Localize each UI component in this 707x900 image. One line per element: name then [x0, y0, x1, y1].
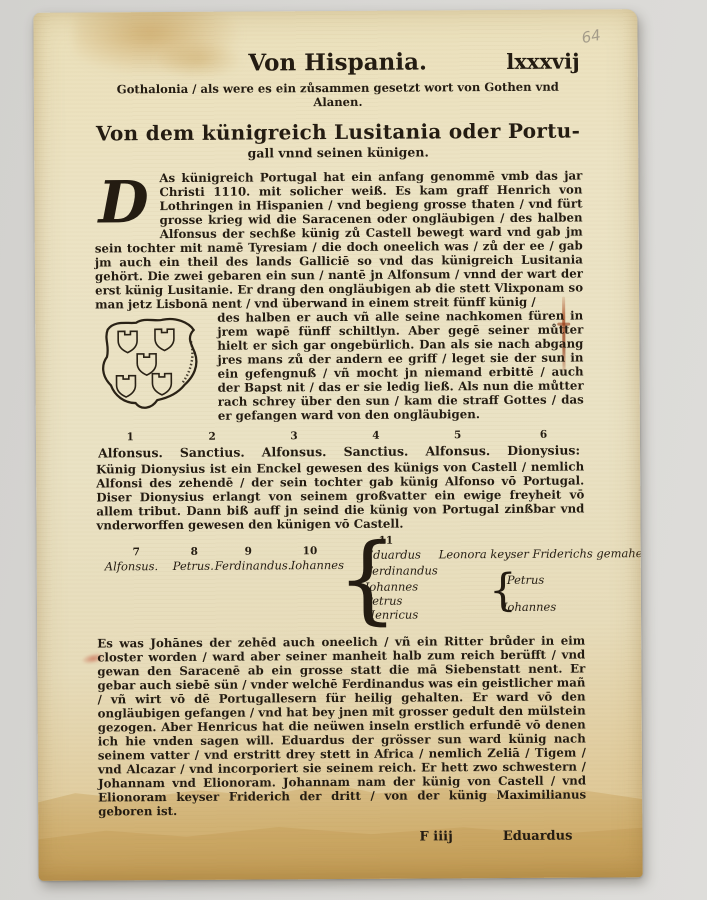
- chapter-subtitle: gall vnnd seinen künigen.: [94, 144, 582, 162]
- king-number: 1: [98, 432, 163, 442]
- paragraph-shield-text: des halben er auch vñ alle seine nachkom…: [217, 308, 584, 422]
- king-number: 2: [180, 432, 245, 442]
- king-number: 7: [133, 546, 140, 558]
- king-number: 3: [262, 431, 327, 441]
- chapter-title: Von dem künigreich Lusitania oder Portu-: [94, 119, 582, 146]
- king-name: Alfonsus.: [425, 443, 490, 458]
- king-name: Sanctius.: [343, 444, 408, 459]
- king-name: Sanctius.: [180, 445, 245, 460]
- drop-cap-initial: D: [94, 174, 152, 234]
- genealogy-tree-kings-7-11: 7 Alfonsus. 8 Petrus. 9 Ferdinandus. 10 …: [97, 537, 586, 628]
- king-number: 8: [191, 546, 198, 558]
- king-name: Petrus.: [173, 559, 214, 573]
- genealogy-entry: 2 Sanctius.: [180, 432, 245, 461]
- king-number: 9: [245, 546, 252, 558]
- paragraph-shield: des halben er auch vñ alle seine nachkom…: [95, 308, 584, 423]
- paragraph-johannes: Es was Johānes der zehēd auch oneelich /…: [97, 633, 586, 818]
- king-number: 4: [343, 431, 408, 441]
- portugal-arms-woodcut: [91, 315, 208, 418]
- genealogy-entry: 5 Alfonsus.: [425, 430, 490, 459]
- heir-number: 11: [379, 535, 394, 547]
- son-name: Henricus: [365, 608, 418, 622]
- king-name: Alfonsus.: [262, 444, 327, 459]
- son-name: Iohannes: [365, 580, 418, 594]
- marriage-note: Leonora keyser Friderichs gemahel: [439, 546, 643, 561]
- king-name: Dionysius:: [507, 443, 580, 458]
- genealogy-entry: 3 Alfonsus.: [262, 431, 327, 460]
- photo-backdrop: 64 Von Hispania. lxxxvij Gothalonia / al…: [0, 0, 707, 900]
- genealogy-entry: 6 Dionysius:: [507, 430, 580, 459]
- king-number: 10: [303, 545, 318, 557]
- signature-line: F iiij Eduardus: [98, 828, 586, 846]
- genealogy-row-kings-1-6: 1 Alfonsus. 2 Sanctius. 3 Alfonsus. 4 Sa…: [98, 430, 580, 462]
- genealogy-entry: 1 Alfonsus.: [98, 432, 163, 461]
- running-title: Von Hispania.: [248, 48, 427, 76]
- page-content: Von Hispania. lxxxvij Gothalonia / als w…: [94, 48, 587, 847]
- folio-number: lxxxvij: [506, 49, 579, 74]
- paragraph-intro: DAs künigreich Portugal hat ein anfang g…: [94, 169, 583, 312]
- paragraph-intro-text: As künigreich Portugal hat ein anfang ge…: [95, 169, 583, 312]
- king-name: Ferdinandus.: [215, 558, 292, 572]
- grandson-name: Petrus: [507, 573, 545, 587]
- catchword: Eduardus: [503, 829, 573, 844]
- genealogy-entry: 4 Sanctius.: [343, 431, 408, 460]
- signature-mark: F iiij: [419, 829, 452, 844]
- headnote: Gothalonia / als were es ein zůsammen ge…: [94, 80, 582, 111]
- son-name: Ferdinandus: [365, 563, 438, 577]
- book-page: 64 Von Hispania. lxxxvij Gothalonia / al…: [33, 9, 642, 881]
- running-head: Von Hispania. lxxxvij: [94, 48, 582, 79]
- son-name: Eduardus: [365, 547, 421, 561]
- grandson-name: Iohannes: [503, 600, 556, 614]
- king-name: Alfonsus.: [98, 445, 163, 460]
- son-name: Petrus: [365, 594, 403, 608]
- pencil-folio-number: 64: [580, 26, 602, 47]
- king-number: 5: [425, 430, 490, 440]
- king-name: Alfonsus.: [105, 559, 159, 573]
- paragraph-dionysius: Künig Dionysius ist ein Enckel gewesen d…: [96, 459, 584, 532]
- king-number: 6: [507, 430, 580, 440]
